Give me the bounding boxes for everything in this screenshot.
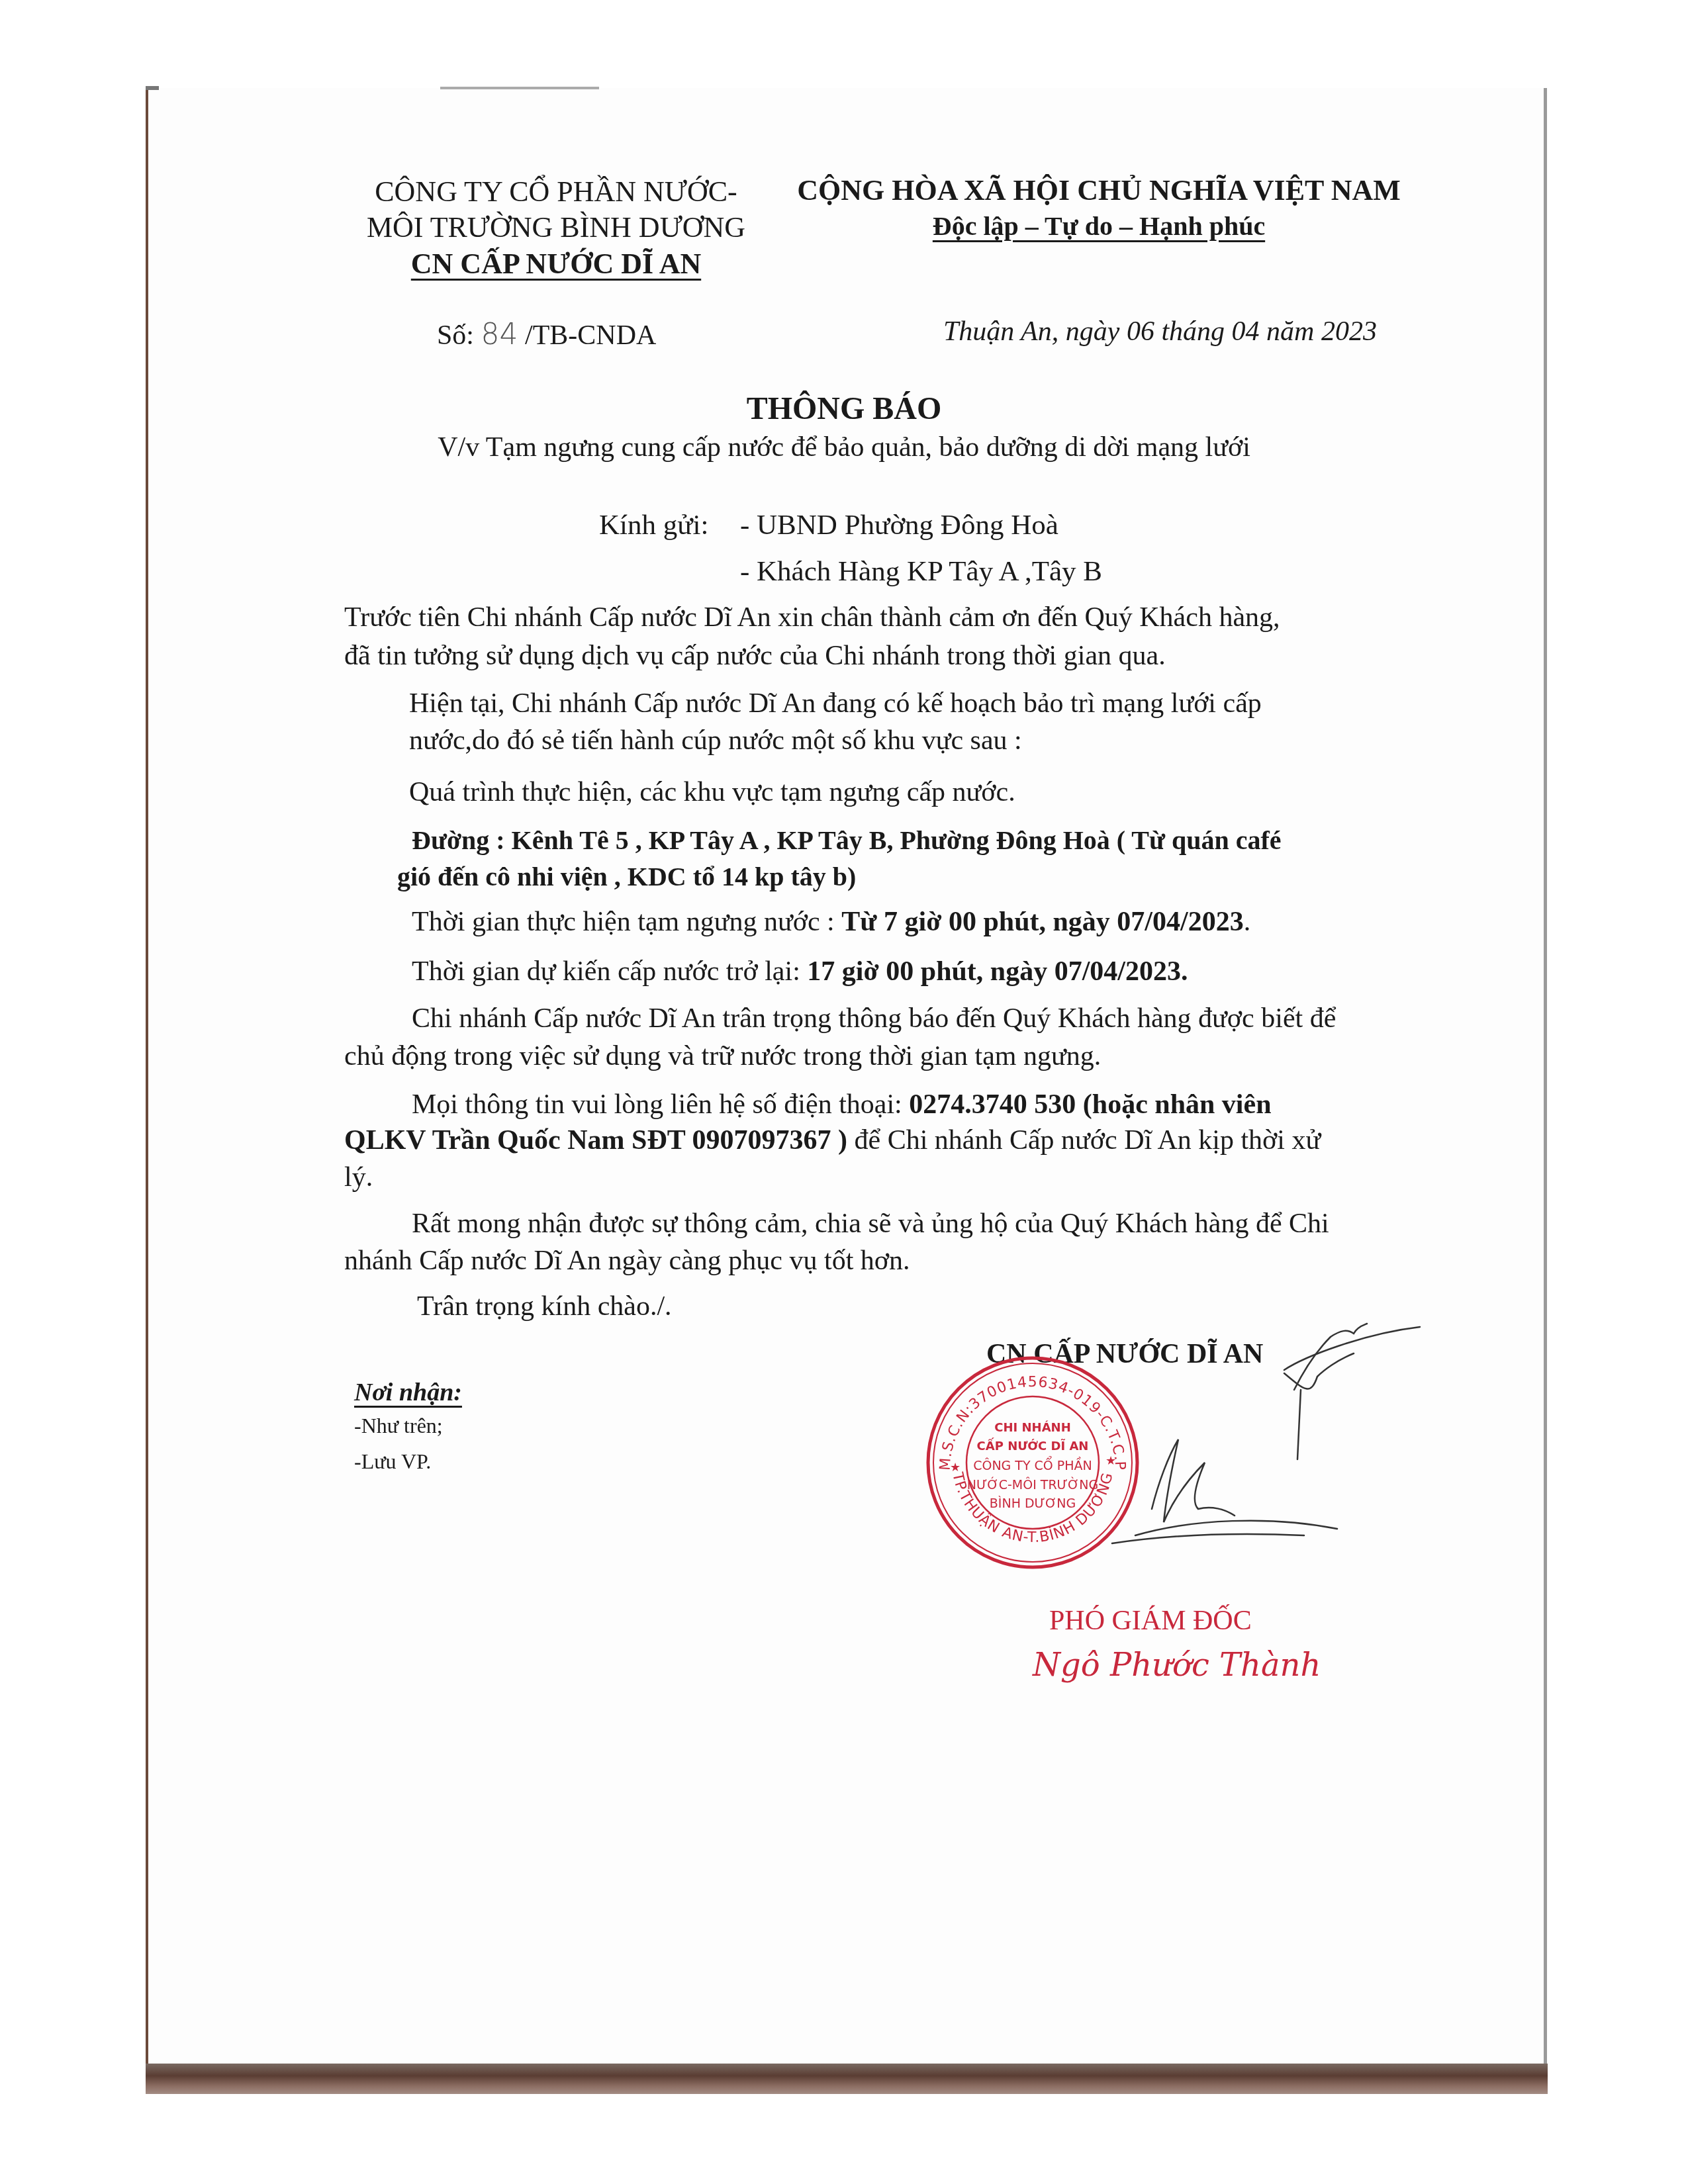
affected-street-line2: gió đến cô nhi viện , KDC tổ 14 kp tây b… xyxy=(397,864,856,890)
signer-position: PHÓ GIÁM ĐỐC xyxy=(1049,1605,1252,1637)
contact-line1: Mọi thông tin vui lòng liên hệ số điện t… xyxy=(412,1091,1272,1118)
service-resume-value: 17 giờ 00 phút, ngày 07/04/2023. xyxy=(807,956,1188,987)
paragraph-thanks-line1: Rất mong nhận được sự thông cảm, chia sẽ… xyxy=(412,1210,1329,1238)
doc-number: Số: 84 /TB-CNDA xyxy=(437,320,656,349)
closing-greeting: Trân trọng kính chào./. xyxy=(417,1293,672,1320)
paragraph-notice-line1: Chi nhánh Cấp nước Dĩ An trân trọng thôn… xyxy=(412,1005,1336,1032)
doc-number-prefix: Số: xyxy=(437,320,474,351)
nation-title: CỘNG HÒA XÃ HỘI CHỦ NGHĨA VIỆT NAM xyxy=(774,176,1423,205)
paragraph-intro-line2: đã tin tưởng sử dụng dịch vụ cấp nước củ… xyxy=(344,642,1166,670)
affected-street-line1: Đường : Kênh Tê 5 , KP Tây A , KP Tây B,… xyxy=(412,827,1282,854)
contact-line3: lý. xyxy=(344,1163,373,1191)
svg-text:★: ★ xyxy=(950,1461,961,1475)
cc-item: -Lưu VP. xyxy=(354,1449,431,1474)
cc-label-wrap: Nơi nhận: xyxy=(354,1378,462,1407)
service-resume: Thời gian dự kiến cấp nước trở lại: 17 g… xyxy=(412,958,1188,985)
recipients-label: Kính gửi: xyxy=(599,511,708,539)
paper-edge-mark xyxy=(146,86,159,90)
paper-bottom-edge xyxy=(146,2064,1548,2094)
cc-item: -Như trên; xyxy=(354,1414,443,1438)
cc-label: Nơi nhận: xyxy=(354,1379,462,1406)
motto-wrap: Độc lập – Tự do – Hạnh phúc xyxy=(774,213,1423,240)
contact-text-cont: để Chi nhánh Cấp nước Dĩ An kịp thời xử xyxy=(847,1125,1321,1156)
paragraph-plan-line2: nước,do đó sẻ tiến hành cúp nước một số … xyxy=(409,727,1022,754)
contact-phone: 0274.3740 530 (hoặc nhân viên xyxy=(909,1089,1271,1120)
outage-start-label: Thời gian thực hiện tạm ngưng nước : xyxy=(412,907,841,937)
branch-name-wrap: CN CẤP NƯỚC DĨ AN xyxy=(344,250,768,279)
doc-number-handwritten: 84 xyxy=(481,318,518,351)
contact-text: Mọi thông tin vui lòng liên hệ số điện t… xyxy=(412,1089,909,1120)
doc-number-suffix: /TB-CNDA xyxy=(525,320,656,351)
paragraph-process: Quá trình thực hiện, các khu vực tạm ngư… xyxy=(409,778,1015,806)
signer-name: Ngô Phước Thành xyxy=(1033,1647,1321,1684)
paragraph-plan-line1: Hiện tại, Chi nhánh Cấp nước Dĩ An đang … xyxy=(409,690,1262,717)
place-date: Thuận An, ngày 06 tháng 04 năm 2023 xyxy=(943,318,1377,345)
document-title: THÔNG BÁO xyxy=(0,390,1688,427)
outage-start: Thời gian thực hiện tạm ngưng nước : Từ … xyxy=(412,908,1250,936)
handwritten-signature-icon xyxy=(993,1297,1456,1575)
outage-start-value: Từ 7 giờ 00 phút, ngày 07/04/2023 xyxy=(841,907,1243,937)
paragraph-thanks-line2: nhánh Cấp nước Dĩ An ngày càng phục vụ t… xyxy=(344,1247,910,1275)
document-subject: V/v Tạm ngưng cung cấp nước để bảo quản,… xyxy=(0,432,1688,463)
contact-line2: QLKV Trần Quốc Nam SĐT 0907097367 ) để C… xyxy=(344,1126,1321,1154)
paragraph-notice-line2: chủ động trong việc sử dụng và trữ nước … xyxy=(344,1042,1101,1070)
paragraph-intro-line1: Trước tiên Chi nhánh Cấp nước Dĩ An xin … xyxy=(344,604,1280,631)
org-name-line2: MÔI TRƯỜNG BÌNH DƯƠNG xyxy=(344,213,768,242)
outage-start-end: . xyxy=(1244,907,1251,937)
org-name-line1: CÔNG TY CỔ PHẦN NƯỚC- xyxy=(344,177,768,206)
recipient-item: - UBND Phường Đông Hoà xyxy=(740,511,1058,539)
service-resume-label: Thời gian dự kiến cấp nước trở lại: xyxy=(412,956,807,987)
contact-staff: QLKV Trần Quốc Nam SĐT 0907097367 ) xyxy=(344,1125,847,1156)
nation-motto: Độc lập – Tự do – Hạnh phúc xyxy=(933,211,1265,241)
paper-edge-mark xyxy=(440,87,599,89)
recipient-item: - Khách Hàng KP Tây A ,Tây B xyxy=(740,557,1102,586)
branch-name: CN CẤP NƯỚC DĨ AN xyxy=(411,248,701,280)
